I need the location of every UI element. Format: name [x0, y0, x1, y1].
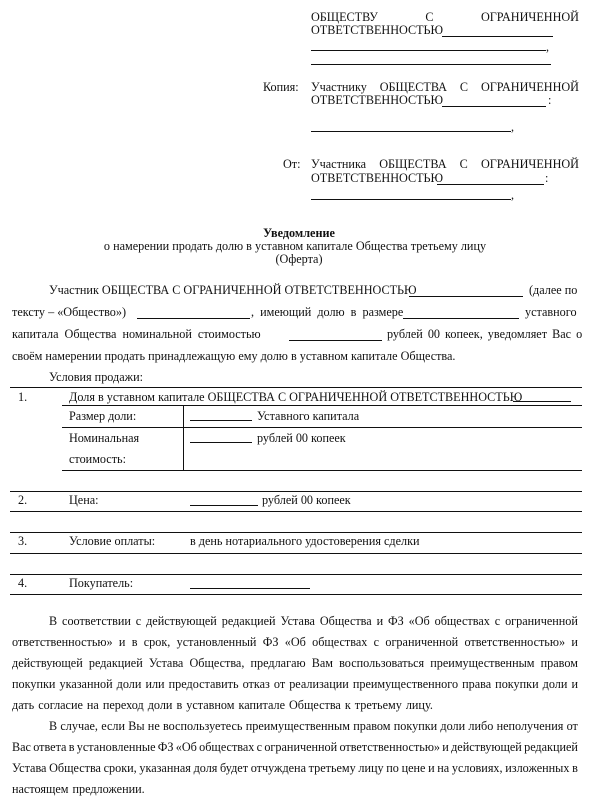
conditions-label: Условия продажи:	[49, 370, 143, 385]
word: ответственностью»	[464, 635, 565, 650]
word: ОГРАНИЧЕННОЙ	[481, 10, 579, 25]
word: настоящем	[12, 782, 68, 796]
share-size-blank[interactable]	[403, 318, 519, 319]
word: ОБЩЕСТВА	[379, 157, 446, 172]
colon: :	[545, 171, 548, 186]
word: лицу.	[406, 698, 433, 713]
word: Участника	[311, 157, 366, 172]
word: установленный	[177, 635, 257, 650]
item-number: 3.	[18, 534, 27, 549]
word: покупки	[12, 677, 55, 692]
word: срок,	[144, 635, 171, 650]
item-number: 4.	[18, 576, 27, 591]
word: по	[386, 761, 399, 776]
word: ограниченной	[505, 614, 578, 629]
buyer-label: Покупатель:	[69, 576, 133, 591]
copy-company-name-blank[interactable]	[442, 106, 546, 107]
comma: ,	[511, 120, 514, 135]
table-rule	[10, 387, 582, 388]
paragraph-line: Вслучае,еслиВыневоспользуетесьпреимущест…	[49, 719, 578, 734]
word: ФЗ	[158, 740, 174, 755]
nominal-value-blank[interactable]	[289, 340, 382, 341]
word: отчуждена	[251, 761, 306, 776]
intro-line-1-end: (далее по	[529, 283, 577, 298]
paragraph-line: ВасответавустановленныеФЗ«Обобществахсог…	[12, 740, 578, 755]
word: покупки	[394, 719, 437, 734]
word: отказ	[243, 677, 270, 692]
word: и	[428, 761, 435, 776]
nominal-value-label-1: Номинальная	[69, 431, 139, 446]
participant-name-blank[interactable]	[409, 296, 523, 297]
word: ограниченной	[264, 740, 337, 755]
share-size-label: Размер доли:	[69, 409, 136, 424]
table-rule	[10, 491, 582, 492]
word: будет	[220, 761, 248, 776]
word: обществах	[199, 740, 254, 755]
word: доли	[117, 677, 142, 692]
word: неполучения	[497, 719, 564, 734]
paragraph-line: покупкиуказаннойдолиилипредоставитьотказ…	[12, 677, 578, 692]
word: Вам	[312, 656, 333, 671]
word: Устава	[12, 761, 46, 776]
word: редакцией	[524, 740, 578, 755]
paragraph-line: ответственностью»ивсрок,установленныйФЗ«…	[12, 635, 578, 650]
paragraph-line: УставаОбществасроки,указаннаядолябудетот…	[12, 761, 578, 776]
intro-line-1-start: Участник ОБЩЕСТВА С ОГРАНИЧЕННОЙ ОТВЕТСТ…	[49, 283, 417, 298]
paragraph-line: действующейредакциейУставаОбщества,предл…	[12, 656, 578, 671]
word: с	[136, 614, 141, 629]
table-rule	[10, 511, 582, 512]
word: «Об	[176, 740, 197, 755]
word: Вы	[128, 719, 144, 734]
word: Общества	[49, 761, 101, 776]
word: изложенных	[505, 761, 569, 776]
share-size-value-blank[interactable]	[190, 420, 252, 421]
from-participant-blank[interactable]	[311, 199, 511, 200]
word: соответствии	[62, 614, 131, 629]
word: действующей	[12, 656, 83, 671]
word: редакцией	[222, 614, 276, 629]
to-line-2: ОТВЕТСТВЕННОСТЬЮ	[311, 23, 443, 38]
intro-line-4: своём намерении продать принадлежащую ем…	[12, 349, 455, 364]
word: ответственностью»	[12, 635, 113, 650]
from-line-2: ОТВЕТСТВЕННОСТЬЮ	[311, 171, 443, 186]
word: ограниченной	[385, 635, 458, 650]
to-address-blank-1[interactable]	[311, 50, 546, 51]
word: уставном	[186, 698, 234, 713]
word: правом	[541, 656, 578, 671]
word: обществах	[435, 614, 490, 629]
word: Общества	[320, 614, 372, 629]
word: доля	[194, 761, 218, 776]
word: согласие	[38, 698, 83, 713]
word: либо	[468, 719, 493, 734]
word: доли	[543, 677, 568, 692]
word: предлагаю	[251, 656, 306, 671]
price-label: Цена:	[69, 493, 99, 508]
to-address-blank-2[interactable]	[311, 64, 551, 65]
word: ОГРАНИЧЕННОЙ	[481, 157, 579, 172]
word: в	[572, 761, 578, 776]
copy-label: Копия:	[263, 80, 299, 95]
word: третьему	[309, 761, 356, 776]
word: доли	[148, 698, 173, 713]
from-company-name-blank[interactable]	[437, 184, 544, 185]
paragraph-line: датьсогласиенапереходдоливуставномкапита…	[12, 698, 578, 713]
word: от	[274, 677, 285, 692]
table-rule	[62, 405, 582, 406]
table-rule	[62, 470, 582, 471]
word: предоставить	[169, 677, 239, 692]
word: и	[571, 635, 578, 650]
word: правом	[353, 719, 390, 734]
item-1-company-blank[interactable]	[513, 401, 571, 402]
word: преимущественным	[430, 656, 534, 671]
word: реализации	[289, 677, 349, 692]
to-company-name-blank[interactable]	[442, 36, 553, 37]
word: на	[87, 698, 99, 713]
payment-terms-value: в день нотариального удостоверения сделк…	[190, 534, 420, 549]
word: цене	[402, 761, 426, 776]
item-number: 1.	[18, 390, 27, 405]
word: переход	[103, 698, 144, 713]
from-line-1: Участника ОБЩЕСТВА С ОГРАНИЧЕННОЙ	[311, 157, 579, 172]
table-rule	[62, 427, 582, 428]
copy-participant-blank[interactable]	[311, 131, 511, 132]
word: С	[460, 157, 468, 172]
word: от	[567, 719, 578, 734]
word: В	[49, 614, 57, 629]
word: к	[345, 698, 351, 713]
word: с	[374, 635, 379, 650]
word: воспользуетесь	[163, 719, 242, 734]
word: если	[101, 719, 125, 734]
paragraph-line: настоящемпредложении.	[12, 782, 578, 796]
comma: ,	[546, 40, 549, 55]
item-1-text: Доля в уставном капитале ОБЩЕСТВА С ОГРА…	[69, 390, 522, 405]
word: действующей	[451, 740, 522, 755]
word: В	[49, 719, 57, 734]
copy-line-2: ОТВЕТСТВЕННОСТЬЮ	[311, 93, 443, 108]
word: Устава	[149, 656, 183, 671]
intro-line-2c: уставного	[525, 305, 577, 320]
word: ФЗ	[263, 635, 279, 650]
nominal-value-label-2: стоимость:	[69, 452, 126, 467]
word: Общества,	[189, 656, 244, 671]
word: лицу	[358, 761, 383, 776]
word: «Об	[285, 635, 306, 650]
comma: ,	[511, 188, 514, 203]
intro-line-3a: капитала Общества номинальной стоимостью	[12, 327, 261, 342]
word: в	[176, 698, 182, 713]
table-rule	[10, 553, 582, 554]
word: действующей	[146, 614, 217, 629]
nominal-value-value-blank[interactable]	[190, 442, 252, 443]
word: с	[495, 614, 500, 629]
word: покупки	[495, 677, 538, 692]
word: Устава	[280, 614, 314, 629]
word: доли	[440, 719, 465, 734]
word: ответственностью»	[339, 740, 440, 755]
word: воспользоваться	[339, 656, 424, 671]
table-rule	[10, 574, 582, 575]
buyer-value-blank[interactable]	[190, 588, 310, 589]
from-label: От:	[283, 157, 301, 172]
word: и	[442, 740, 449, 755]
word: Общества	[289, 698, 341, 713]
share-size-value: Уставного капитала	[257, 409, 359, 424]
word: не	[148, 719, 160, 734]
word: преимущественным	[246, 719, 350, 734]
word: ответа	[33, 740, 66, 755]
word: указанная	[139, 761, 191, 776]
word: Вас	[12, 740, 31, 755]
word: дать	[12, 698, 34, 713]
table-column-divider	[183, 405, 184, 470]
table-rule	[10, 532, 582, 533]
payment-terms-label: Условие оплаты:	[69, 534, 155, 549]
word: условиях,	[452, 761, 503, 776]
word: капитале	[238, 698, 285, 713]
word: «Об	[409, 614, 430, 629]
word: С	[460, 80, 468, 95]
word: права	[462, 677, 491, 692]
word: установленные	[77, 740, 156, 755]
word: предложении.	[72, 782, 144, 796]
intro-line-2a: тексту – «Общество»)	[12, 305, 126, 320]
word: на	[437, 761, 449, 776]
word: указанной	[59, 677, 112, 692]
offer-label: (Оферта)	[4, 252, 590, 267]
word: или	[145, 677, 164, 692]
price-value: рублей 00 копеек	[262, 493, 351, 508]
word: преимущественного	[353, 677, 458, 692]
nominal-value-value: рублей 00 копеек	[257, 431, 346, 446]
word: третьему	[355, 698, 402, 713]
paragraph-line: ВсоответствиисдействующейредакциейУстава…	[49, 614, 578, 629]
item-number: 2.	[18, 493, 27, 508]
word: ФЗ	[388, 614, 404, 629]
word: с	[257, 740, 262, 755]
word: в	[132, 635, 138, 650]
word: и	[119, 635, 126, 650]
word: и	[571, 677, 578, 692]
word: ОГРАНИЧЕННОЙ	[481, 80, 579, 95]
word: обществах	[312, 635, 367, 650]
company-name-blank[interactable]	[137, 318, 250, 319]
table-rule	[10, 594, 582, 595]
word: случае,	[60, 719, 98, 734]
word: и	[377, 614, 384, 629]
price-value-blank[interactable]	[190, 505, 258, 506]
word: в	[69, 740, 75, 755]
word: сроки,	[104, 761, 137, 776]
intro-line-2b: , имеющий долю в размере	[251, 305, 403, 320]
intro-line-3b: рублей 00 копеек, уведомляет Вас о	[387, 327, 582, 342]
word: редакцией	[89, 656, 143, 671]
colon: :	[548, 93, 551, 108]
